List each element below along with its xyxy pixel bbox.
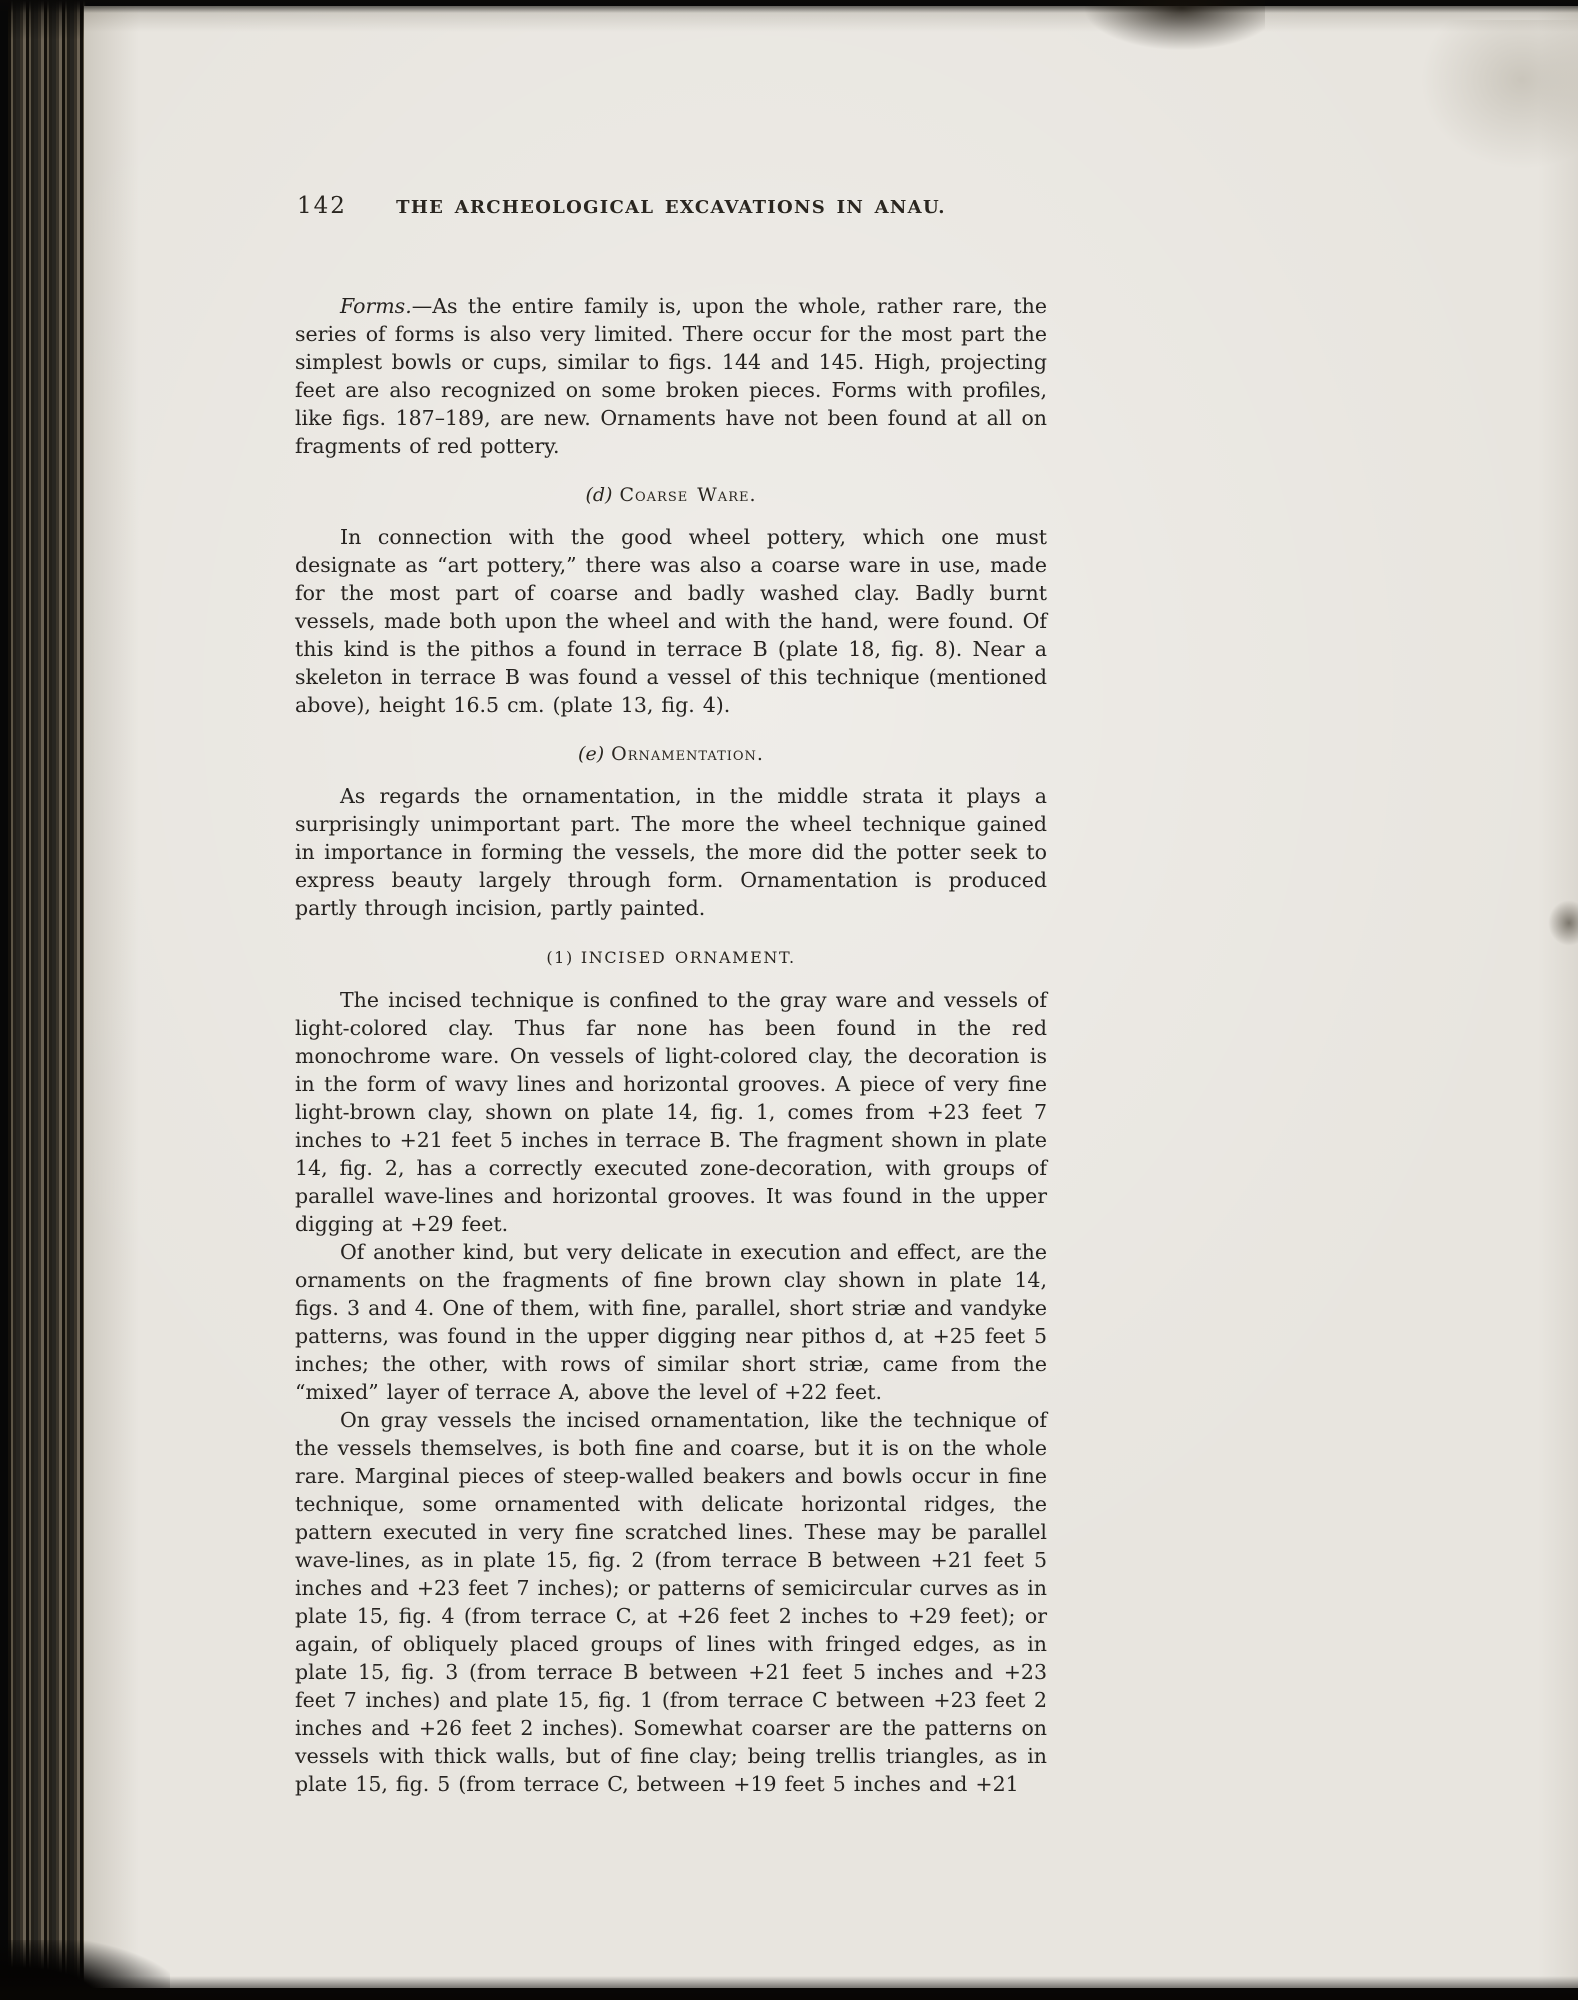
book-page: 142 THE ARCHEOLOGICAL EXCAVATIONS IN ANA…	[84, 6, 1578, 1988]
paragraph-incised-3: On gray vessels the incised ornamentatio…	[295, 1406, 1047, 1798]
scan-bottom-shadow	[0, 1976, 1578, 2000]
page-content: 142 THE ARCHEOLOGICAL EXCAVATIONS IN ANA…	[295, 188, 1047, 1798]
paragraph-coarse-ware: In connection with the good wheel potter…	[295, 523, 1047, 719]
section-e-marker: (e)	[578, 743, 604, 765]
section-heading-coarse-ware: (d)Coarse Ware.	[295, 484, 1047, 506]
section-d-marker: (d)	[585, 484, 612, 506]
page-number: 142	[297, 193, 347, 219]
scan-speck-right-edge	[1548, 900, 1578, 946]
scan-smudge-top-right-faint	[1420, 20, 1578, 170]
body-text: Forms.—As the entire family is, upon the…	[295, 292, 1047, 1798]
section-1-marker: (1)	[546, 948, 573, 967]
paragraph-forms-lead: Forms.	[340, 294, 412, 318]
section-1-title: INCISED ORNAMENT.	[581, 948, 796, 967]
section-d-title: Coarse Ware.	[619, 484, 756, 506]
section-heading-ornamentation: (e)Ornamentation.	[295, 743, 1047, 765]
running-title: THE ARCHEOLOGICAL EXCAVATIONS IN ANAU.	[295, 188, 1047, 218]
section-e-title: Ornamentation.	[611, 743, 764, 765]
paragraph-ornamentation: As regards the ornamentation, in the mid…	[295, 782, 1047, 922]
paragraph-forms: Forms.—As the entire family is, upon the…	[295, 292, 1047, 460]
section-heading-incised-ornament: (1)INCISED ORNAMENT.	[295, 948, 1047, 967]
scan-top-shadow	[0, 0, 1578, 13]
paragraph-forms-text: —As the entire family is, upon the whole…	[295, 294, 1047, 458]
scan-smudge-top-right	[1080, 0, 1265, 52]
paragraph-incised-2: Of another kind, but very delicate in ex…	[295, 1238, 1047, 1406]
paragraph-incised-1: The incised technique is confined to the…	[295, 986, 1047, 1238]
page-header: 142 THE ARCHEOLOGICAL EXCAVATIONS IN ANA…	[295, 188, 1047, 230]
book-page-edges	[8, 0, 86, 2000]
